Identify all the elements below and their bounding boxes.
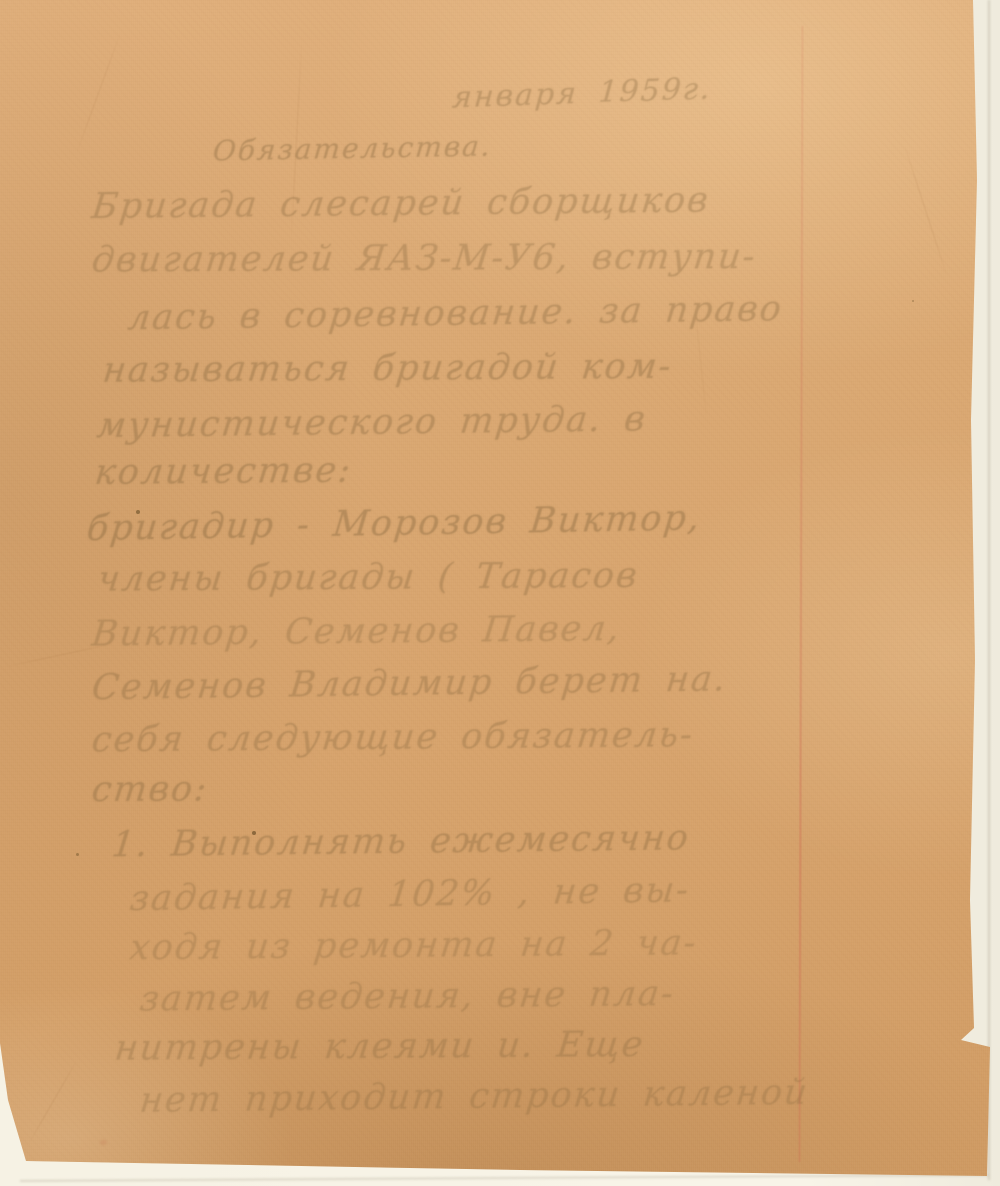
handwritten-line: ходя из ремонта на 2 ча- [128,924,700,969]
handwritten-line: себя следующие обязатель- [90,715,696,760]
handwritten-line: члены бригады ( Тарасов [96,556,641,600]
paper-speck [912,300,914,302]
handwritten-line: Виктор, Семенов Павел, [90,609,623,655]
handwritten-line: нет приходит строки каленой [138,1073,811,1121]
handwritten-line: количестве: [93,451,355,493]
handwritten-line: 1. Выполнять ежемесячно [110,818,692,865]
handwritten-line: ство: [90,770,211,811]
paper-speck [76,853,79,856]
handwritten-line: Бригада слесарей сборщиков [90,181,712,228]
paper-edge-shadow-bottom [20,1174,988,1182]
handwritten-line: затем ведения, вне пла- [138,974,677,1020]
paper-sheet: января 1959г. Обязательства. Бригада сле… [0,0,1000,1186]
handwritten-line: двигателей ЯАЗ-М-У6, вступи- [90,237,759,281]
handwritten-line: называться бригадой ком- [101,347,675,391]
handwritten-line: мунистического труда. в [95,400,649,447]
handwritten-line: нитрены клеями и. Еще [113,1025,647,1069]
scanned-document: января 1959г. Обязательства. Бригада сле… [0,0,1000,1186]
paper-edge-shadow-right [988,0,990,1180]
paper-speck [100,1140,107,1145]
handwritten-title: Обязательства. [212,130,494,168]
